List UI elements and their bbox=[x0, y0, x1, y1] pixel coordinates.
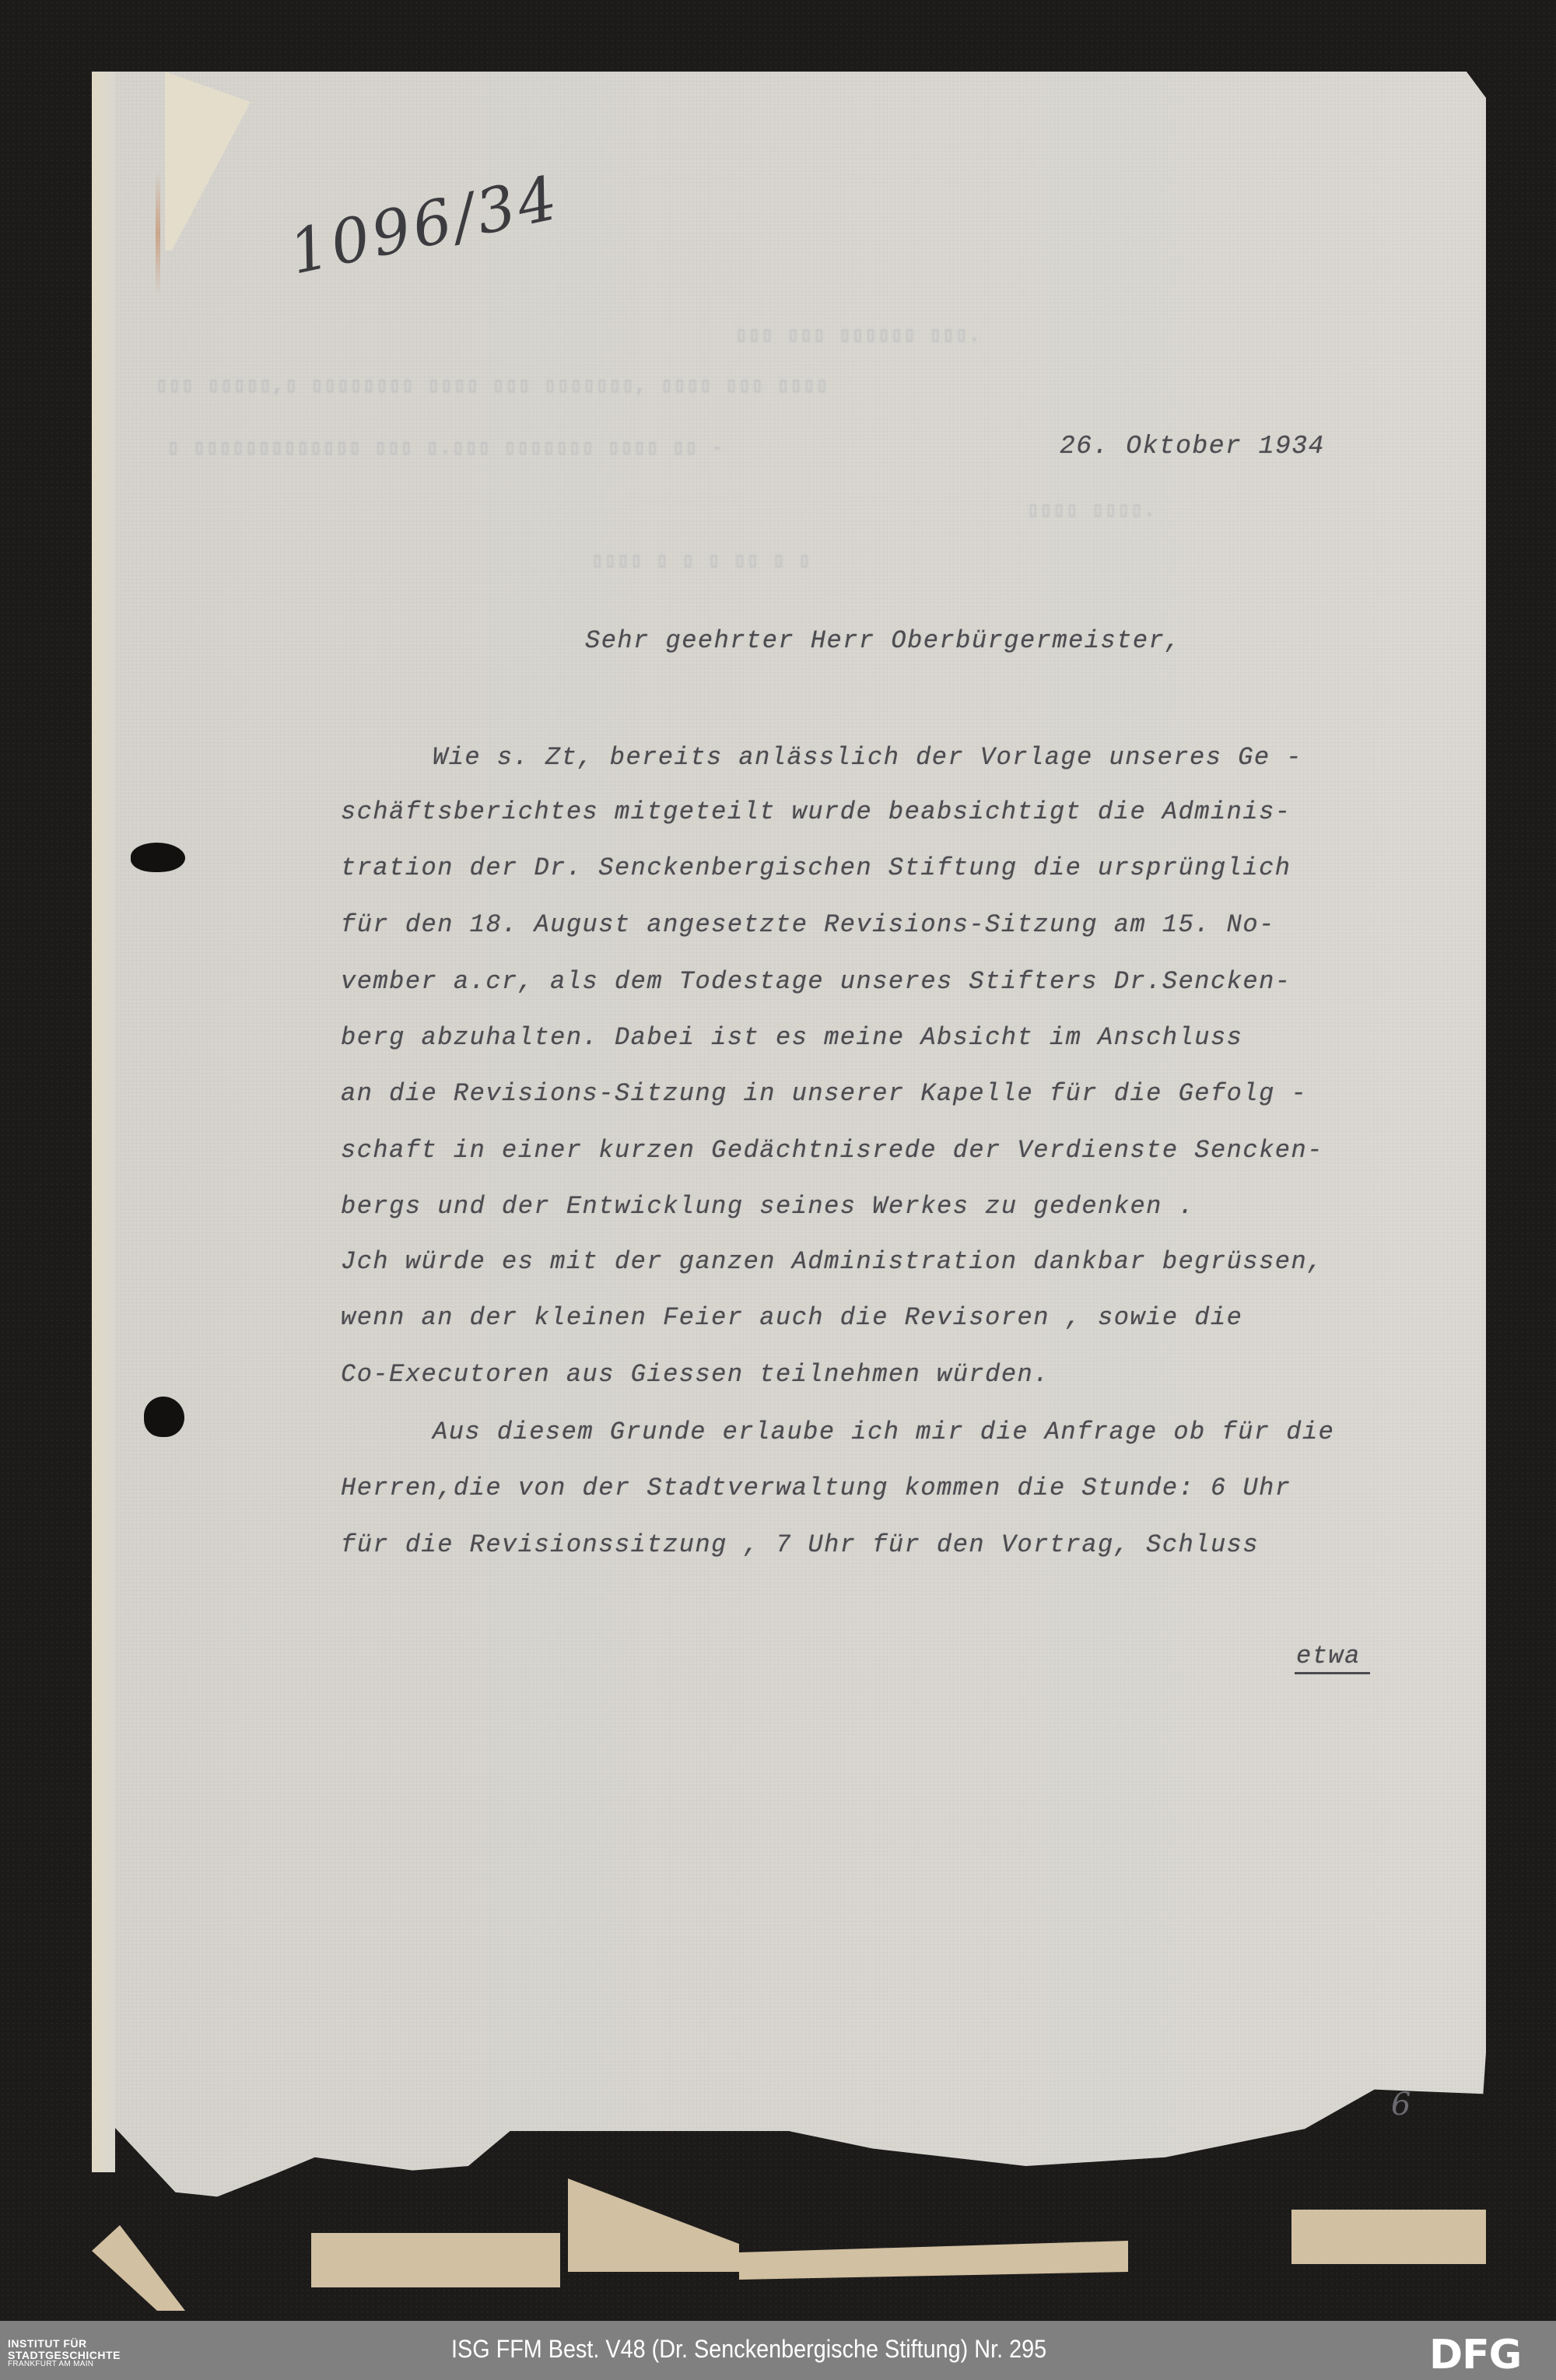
letter-date: 26. Oktober 1934 bbox=[1060, 432, 1325, 461]
document-viewer: ▯▯▯ ▯▯▯ ▯▯▯▯▯▯ ▯▯▯. ▯▯▯ ▯▯▯▯▯,▯ ▯▯▯▯▯▯▯▯… bbox=[0, 0, 1556, 2321]
body-line: bergs und der Entwicklung seines Werkes … bbox=[341, 1192, 1194, 1221]
rust-stain bbox=[156, 171, 160, 296]
paper-left-edge bbox=[92, 72, 115, 2172]
tape-repair bbox=[568, 2178, 739, 2272]
bleed-through-text: ▯▯▯ ▯▯▯▯▯,▯ ▯▯▯▯▯▯▯▯ ▯▯▯▯ ▯▯▯ ▯▯▯▯▯▯▯, ▯… bbox=[156, 373, 829, 398]
paper-sheet bbox=[92, 72, 1486, 2258]
body-line: an die Revisions-Sitzung in unserer Kape… bbox=[341, 1079, 1307, 1108]
body-line: Aus diesem Grunde erlaube ich mir die An… bbox=[433, 1418, 1334, 1446]
bleed-through-text: ▯▯▯▯ ▯ ▯ ▯ ▯▯ ▯ ▯ bbox=[591, 549, 811, 573]
punch-hole bbox=[131, 843, 185, 872]
institute-location: FRANKFURT AM MAIN bbox=[8, 2361, 121, 2369]
letter-salutation: Sehr geehrter Herr Oberbürgermeister, bbox=[585, 626, 1181, 655]
bleed-through-text: ▯▯▯ ▯▯▯ ▯▯▯▯▯▯ ▯▯▯. bbox=[735, 323, 981, 347]
punch-hole bbox=[144, 1397, 184, 1437]
bleed-through-text: ▯▯▯▯ ▯▯▯▯. bbox=[1027, 498, 1156, 522]
body-line: wenn an der kleinen Feier auch die Revis… bbox=[341, 1303, 1242, 1332]
body-line: Herren,die von der Stadtverwaltung komme… bbox=[341, 1474, 1291, 1502]
body-line: schaft in einer kurzen Gedächtnisrede de… bbox=[341, 1136, 1323, 1165]
institute-logo: INSTITUT FÜR STADTGESCHICHTE FRANKFURT A… bbox=[8, 2338, 121, 2369]
page-number: 6 bbox=[1391, 2087, 1411, 2122]
tape-repair bbox=[1291, 2210, 1486, 2264]
tape-repair bbox=[739, 2241, 1128, 2280]
institute-name-line2: STADTGESCHICHTE bbox=[8, 2350, 121, 2361]
body-line: Jch würde es mit der ganzen Administrati… bbox=[341, 1247, 1323, 1276]
body-line: Co-Executoren aus Giessen teilnehmen wür… bbox=[341, 1360, 1050, 1389]
tape-repair bbox=[92, 2225, 185, 2311]
archive-citation: ISG FFM Best. V48 (Dr. Senckenbergische … bbox=[451, 2335, 1046, 2364]
body-line: tration der Dr. Senckenbergischen Stiftu… bbox=[341, 854, 1291, 882]
body-line: berg abzuhalten. Dabei ist es meine Absi… bbox=[341, 1023, 1242, 1052]
tape-repair bbox=[311, 2233, 560, 2287]
body-line: für den 18. August angesetzte Revisions-… bbox=[341, 910, 1275, 939]
body-line: Wie s. Zt, bereits anlässlich der Vorlag… bbox=[433, 743, 1302, 772]
bleed-through-text: ▯ ▯▯▯▯▯▯▯▯▯▯▯▯▯ ▯▯▯ ▯.▯▯▯ ▯▯▯▯▯▯▯ ▯▯▯▯ ▯… bbox=[167, 436, 724, 460]
body-line: schäftsberichtes mitgeteilt wurde beabsi… bbox=[341, 797, 1291, 826]
body-line: für die Revisionssitzung , 7 Uhr für den… bbox=[341, 1530, 1259, 1559]
body-line: vember a.cr, als dem Todestage unseres S… bbox=[341, 967, 1291, 996]
continuation-catchword: etwa bbox=[1295, 1642, 1370, 1674]
dfg-logo: DFG bbox=[1429, 2332, 1521, 2378]
institute-name-line1: INSTITUT FÜR bbox=[8, 2338, 121, 2350]
archive-footer: INSTITUT FÜR STADTGESCHICHTE FRANKFURT A… bbox=[0, 2321, 1556, 2380]
